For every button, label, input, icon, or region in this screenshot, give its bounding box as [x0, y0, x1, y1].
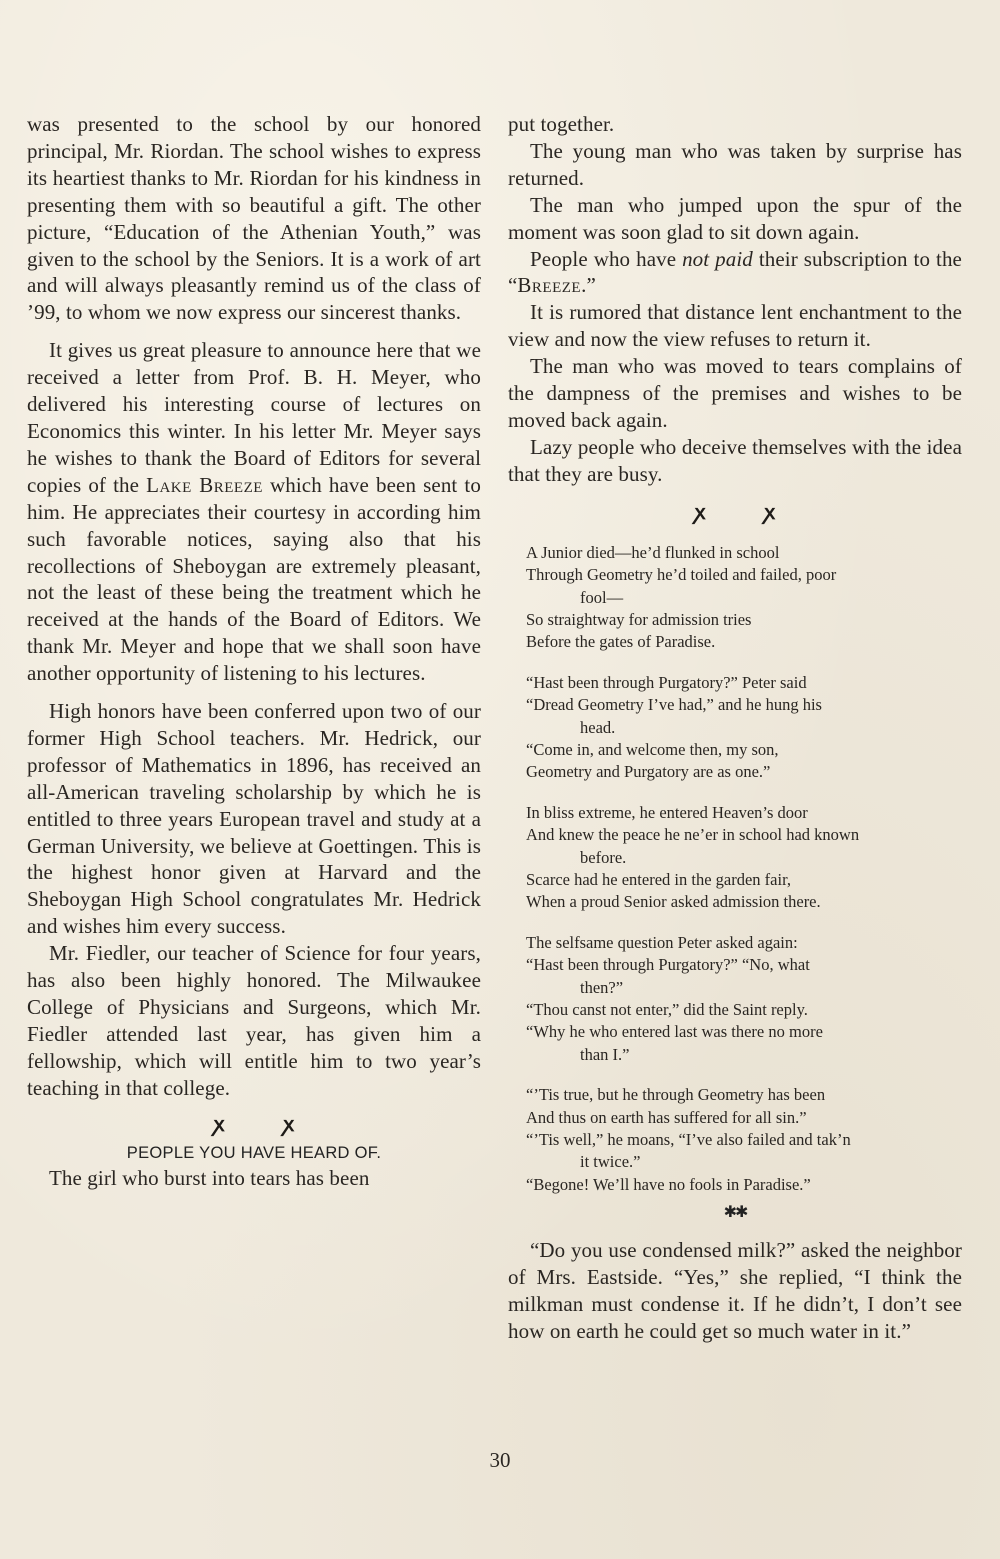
subscription-emphasis: not paid [682, 247, 753, 271]
poem-line: “Thou canst not enter,” did the Saint re… [526, 999, 962, 1021]
item-distance: It is rumored that distance lent enchant… [508, 299, 962, 353]
poem-line: “Come in, and welcome then, my son, [526, 739, 962, 761]
section-heading-people: PEOPLE YOU HAVE HEARD OF. [27, 1144, 481, 1163]
page-number: 30 [0, 1448, 1000, 1473]
asterism-divider: ✱✱ [508, 1202, 962, 1221]
poem-line: “Hast been through Purgatory?” Peter sai… [526, 672, 962, 694]
continuation-line: put together. [508, 111, 962, 138]
poem-stanza: In bliss extreme, he entered Heaven’s do… [526, 802, 962, 914]
poem-line: “’Tis well,” he moans, “I’ve also failed… [526, 1129, 962, 1151]
poem-stanza: The selfsame question Peter asked again:… [526, 932, 962, 1066]
poem-line: So straightway for admission tries [526, 609, 962, 631]
poem-line: A Junior died—he’d flunked in school [526, 542, 962, 564]
paragraph-hedrick-honors: High honors have been conferred upon two… [27, 698, 481, 940]
poem-line: “Hast been through Purgatory?” “No, what [526, 954, 962, 976]
poem-line: “’Tis true, but he through Geometry has … [526, 1084, 962, 1106]
poem-line-continuation: then?” [526, 977, 962, 999]
poem-line: Scarce had he entered in the garden fair… [526, 869, 962, 891]
section-first-line: The girl who burst into tears has been [27, 1165, 481, 1192]
poem-line-continuation: it twice.” [526, 1151, 962, 1173]
poem-line: The selfsame question Peter asked again: [526, 932, 962, 954]
item-spur-of-moment: The man who jumped upon the spur of the … [508, 192, 962, 246]
item-moved-to-tears: The man who was moved to tears complains… [508, 353, 962, 434]
meyer-text-part-2: which have been sent to him. He apprecia… [27, 473, 481, 685]
poem-line-continuation: fool— [526, 587, 962, 609]
poem-line: And thus on earth has suffered for all s… [526, 1107, 962, 1129]
paragraph-fiedler-honors: Mr. Fiedler, our teacher of Science for … [27, 940, 481, 1101]
subscription-text-1: People who have [530, 247, 682, 271]
scanned-page: was presented to the school by our honor… [0, 0, 1000, 1559]
paragraph-riordan-gift: was presented to the school by our honor… [27, 111, 481, 326]
poem-line: Geometry and Purgatory are as one.” [526, 761, 962, 783]
poem-line: Through Geometry he’d toiled and failed,… [526, 564, 962, 586]
right-column: put together. The young man who was take… [508, 111, 962, 1345]
section-ornament: ꭗ ꭗ [27, 1114, 481, 1134]
poem-line-continuation: than I.” [526, 1044, 962, 1066]
poem-line: “Why he who entered last was there no mo… [526, 1021, 962, 1043]
poem-line-continuation: head. [526, 717, 962, 739]
poem-line: In bliss extreme, he entered Heaven’s do… [526, 802, 962, 824]
left-column: was presented to the school by our honor… [27, 111, 481, 1192]
poem-line: And knew the peace he ne’er in school ha… [526, 824, 962, 846]
poem-line: Before the gates of Paradise. [526, 631, 962, 653]
poem-ornament: ꭗ ꭗ [508, 502, 962, 522]
paragraph-meyer-letter: It gives us great pleasure to announce h… [27, 337, 481, 687]
poem: A Junior died—he’d flunked in school Thr… [526, 542, 962, 1197]
poem-stanza: “Hast been through Purgatory?” Peter sai… [526, 672, 962, 784]
breeze-title: Breeze [517, 273, 581, 297]
poem-line: “Begone! We’ll have no fools in Paradise… [526, 1174, 962, 1196]
poem-line: “Dread Geometry I’ve had,” and he hung h… [526, 694, 962, 716]
subscription-text-3: .” [581, 273, 596, 297]
item-subscription: People who have not paid their subscript… [508, 246, 962, 300]
poem-line: When a proud Senior asked admission ther… [526, 891, 962, 913]
poem-line-continuation: before. [526, 847, 962, 869]
poem-stanza: “’Tis true, but he through Geometry has … [526, 1084, 962, 1196]
lake-breeze-title: Lake Breeze [146, 473, 263, 497]
poem-stanza: A Junior died—he’d flunked in school Thr… [526, 542, 962, 654]
item-young-man: The young man who was taken by surprise … [508, 138, 962, 192]
condensed-milk-anecdote: “Do you use condensed milk?” asked the n… [508, 1237, 962, 1345]
item-lazy-people: Lazy people who deceive themselves with … [508, 434, 962, 488]
